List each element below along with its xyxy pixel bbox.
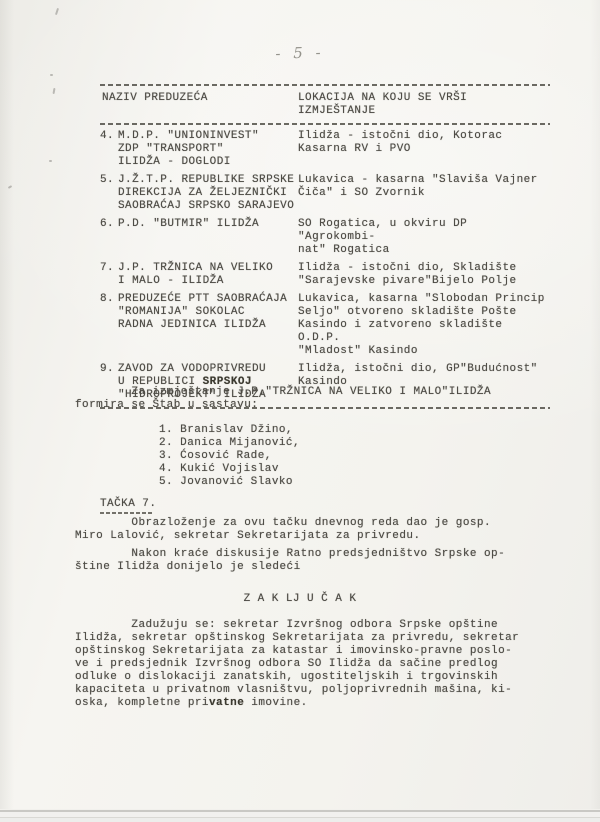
table-body: 4. M.D.P. "UNIONINVEST" ZDP "TRANSPORT" … (100, 125, 550, 402)
table-row: 6. P.D. "BUTMIR" ILIDŽA SO Rogatica, u o… (100, 218, 550, 257)
conclusion-bold-word: vatne (209, 697, 244, 709)
company-name: J.P. TRŽNICA NA VELIKO I MALO - ILIDŽA (118, 262, 298, 288)
table-row: 5. J.Ž.T.P. REPUBLIKE SRPSKE DIREKCIJA Z… (100, 174, 550, 213)
stab-member: 2. Danica Mijanović, (159, 437, 300, 450)
stab-intro-paragraph: Za izmještanje J.P."TRŽNICA NA VELIKO I … (75, 386, 545, 412)
row-number: 6. (100, 218, 118, 257)
scanned-document-page: - 5 - NAZIV PREDUZEĆA LOKACIJA NA KOJU S… (0, 0, 600, 822)
column-header-company: NAZIV PREDUZEĆA (102, 92, 298, 118)
pencil-mark (55, 8, 59, 15)
company-name: M.D.P. "UNIONINVEST" ZDP "TRANSPORT" ILI… (118, 130, 298, 169)
page-number: - 5 - (0, 36, 600, 70)
relocation-location: Lukavica, kasarna "Slobodan Princip Selj… (298, 293, 550, 358)
relocation-location: Ilidža - istočni dio, Kotorac Kasarna RV… (298, 130, 550, 169)
relocation-table: NAZIV PREDUZEĆA LOKACIJA NA KOJU SE VRŠI… (100, 84, 550, 409)
table-row: 4. M.D.P. "UNIONINVEST" ZDP "TRANSPORT" … (100, 130, 550, 169)
section-heading-tacka7: TAČKA 7. (100, 498, 156, 514)
stab-members-list: 1. Branislav Džino, 2. Danica Mijanović,… (159, 424, 300, 489)
pencil-mark (8, 185, 12, 189)
stab-member: 4. Kukić Vojislav (159, 463, 300, 476)
company-name: PREDUZEĆE PTT SAOBRAĆAJA "ROMANIJA" SOKO… (118, 293, 298, 358)
tacka7-paragraph-2: Nakon kraće diskusije Ratno predsjedništ… (75, 548, 550, 574)
relocation-location: Lukavica - kasarna "Slaviša Vajner Čiča"… (298, 174, 550, 213)
row-number: 8. (100, 293, 118, 358)
stab-member: 3. Ćosović Rade, (159, 450, 300, 463)
relocation-location: Ilidža - istočni dio, Skladište "Sarajev… (298, 262, 550, 288)
table-row: 8. PREDUZEĆE PTT SAOBRAĆAJA "ROMANIJA" S… (100, 293, 550, 358)
row-number: 4. (100, 130, 118, 169)
stab-member: 1. Branislav Džino, (159, 424, 300, 437)
section-heading-text: TAČKA 7. (100, 498, 156, 510)
conclusion-title: Z A K LJ U Č A K (0, 593, 600, 606)
paper-bottom-edge (0, 809, 600, 822)
company-name: J.Ž.T.P. REPUBLIKE SRPSKE DIREKCIJA ZA Ž… (118, 174, 298, 213)
pencil-mark (49, 160, 52, 162)
conclusion-paragraph: Zadužuju se: sekretar Izvršnog odbora Sr… (75, 619, 555, 710)
pencil-mark (52, 88, 55, 94)
conclusion-text: imovine. (244, 697, 307, 709)
heading-underline (100, 512, 152, 514)
conclusion-text: Zadužuju se: sekretar Izvršnog odbora Sr… (75, 619, 519, 709)
table-header-row: NAZIV PREDUZEĆA LOKACIJA NA KOJU SE VRŠI… (100, 86, 550, 123)
row-number: 7. (100, 262, 118, 288)
relocation-location: SO Rogatica, u okviru DP "Agrokombi- nat… (298, 218, 550, 257)
row-number: 5. (100, 174, 118, 213)
column-header-location: LOKACIJA NA KOJU SE VRŠI IZMJEŠTANJE (298, 92, 550, 118)
table-row: 7. J.P. TRŽNICA NA VELIKO I MALO - ILIDŽ… (100, 262, 550, 288)
pencil-mark (50, 74, 53, 76)
stab-member: 5. Jovanović Slavko (159, 476, 300, 489)
company-name: P.D. "BUTMIR" ILIDŽA (118, 218, 298, 257)
tacka7-paragraph-1: Obrazloženje za ovu tačku dnevnog reda d… (75, 517, 550, 543)
